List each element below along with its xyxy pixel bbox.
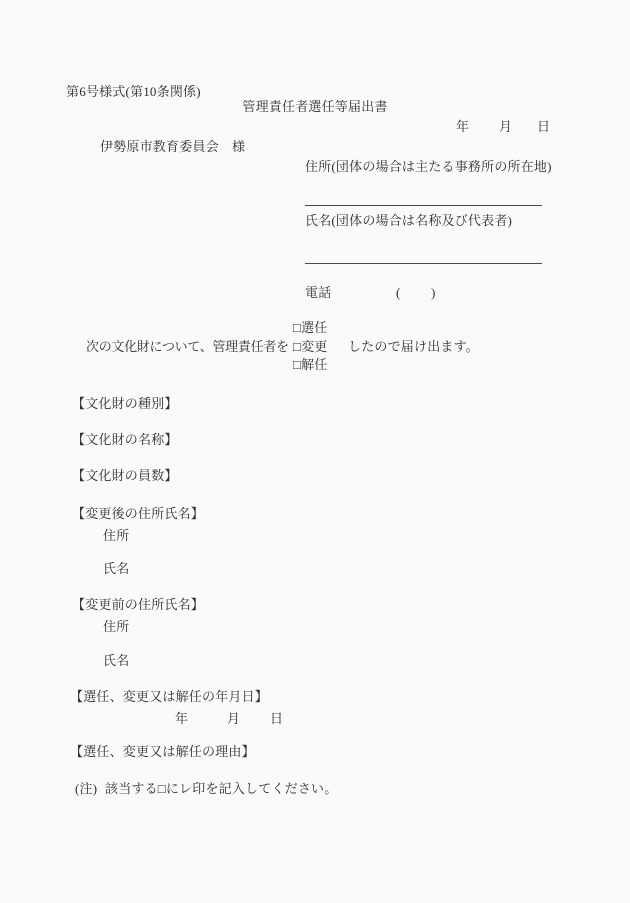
note-prefix: (注) xyxy=(75,781,97,797)
after-change-address-label: 住所 xyxy=(103,528,129,544)
addressee: 伊勢原市教育委員会 様 xyxy=(100,139,245,155)
before-change-name-label: 氏名 xyxy=(103,653,129,669)
name-writein-line xyxy=(305,263,542,264)
checkbox-option-appoint[interactable]: □選任 xyxy=(293,320,327,336)
section-heading-property-kind: 【文化財の種別】 xyxy=(72,396,178,412)
section-heading-before-change: 【変更前の住所氏名】 xyxy=(72,597,204,613)
after-change-name-label: 氏名 xyxy=(103,561,129,577)
event-date-year-label: 年 xyxy=(175,711,188,727)
phone-open-paren: ( xyxy=(396,285,401,301)
section-heading-reason: 【選任、変更又は解任の理由】 xyxy=(70,744,255,760)
date-day-label: 日 xyxy=(537,119,550,135)
note-text: 該当する□にレ印を記入してください。 xyxy=(105,781,337,797)
checkbox-icon: □ xyxy=(293,320,301,335)
section-heading-property-count: 【文化財の員数】 xyxy=(72,468,178,484)
checkbox-option-dismiss[interactable]: □解任 xyxy=(293,357,327,373)
checkbox-label: 選任 xyxy=(301,320,327,335)
applicant-address-label: 住所(団体の場合は主たる事務所の所在地) xyxy=(305,159,552,175)
form-number: 第6号様式(第10条関係) xyxy=(66,84,201,100)
date-year-label: 年 xyxy=(456,119,469,135)
event-date-day-label: 日 xyxy=(270,711,283,727)
form-page: 第6号様式(第10条関係) 管理責任者選任等届出書 年 月 日 伊勢原市教育委員… xyxy=(0,0,630,903)
section-heading-property-name: 【文化財の名称】 xyxy=(72,432,178,448)
checkbox-label: 変更 xyxy=(301,339,327,354)
declaration-tail-text: したので届け出ます。 xyxy=(348,339,479,355)
date-month-label: 月 xyxy=(499,119,512,135)
checkbox-icon: □ xyxy=(293,357,301,372)
checkbox-label: 解任 xyxy=(301,357,327,372)
checkbox-icon: □ xyxy=(293,339,301,354)
phone-label: 電話 xyxy=(305,285,331,301)
page-title: 管理責任者選任等届出書 xyxy=(0,99,630,115)
checkbox-option-change[interactable]: □変更 xyxy=(293,339,327,355)
section-heading-after-change: 【変更後の住所氏名】 xyxy=(72,506,204,522)
applicant-name-label: 氏名(団体の場合は名称及び代表者) xyxy=(305,213,512,229)
address-writein-line xyxy=(305,205,542,206)
phone-close-paren: ) xyxy=(431,285,436,301)
declaration-lead-text: 次の文化財について、管理責任者を xyxy=(86,339,289,355)
event-date-month-label: 月 xyxy=(227,711,240,727)
section-heading-event-date: 【選任、変更又は解任の年月日】 xyxy=(70,689,268,705)
before-change-address-label: 住所 xyxy=(103,619,129,635)
